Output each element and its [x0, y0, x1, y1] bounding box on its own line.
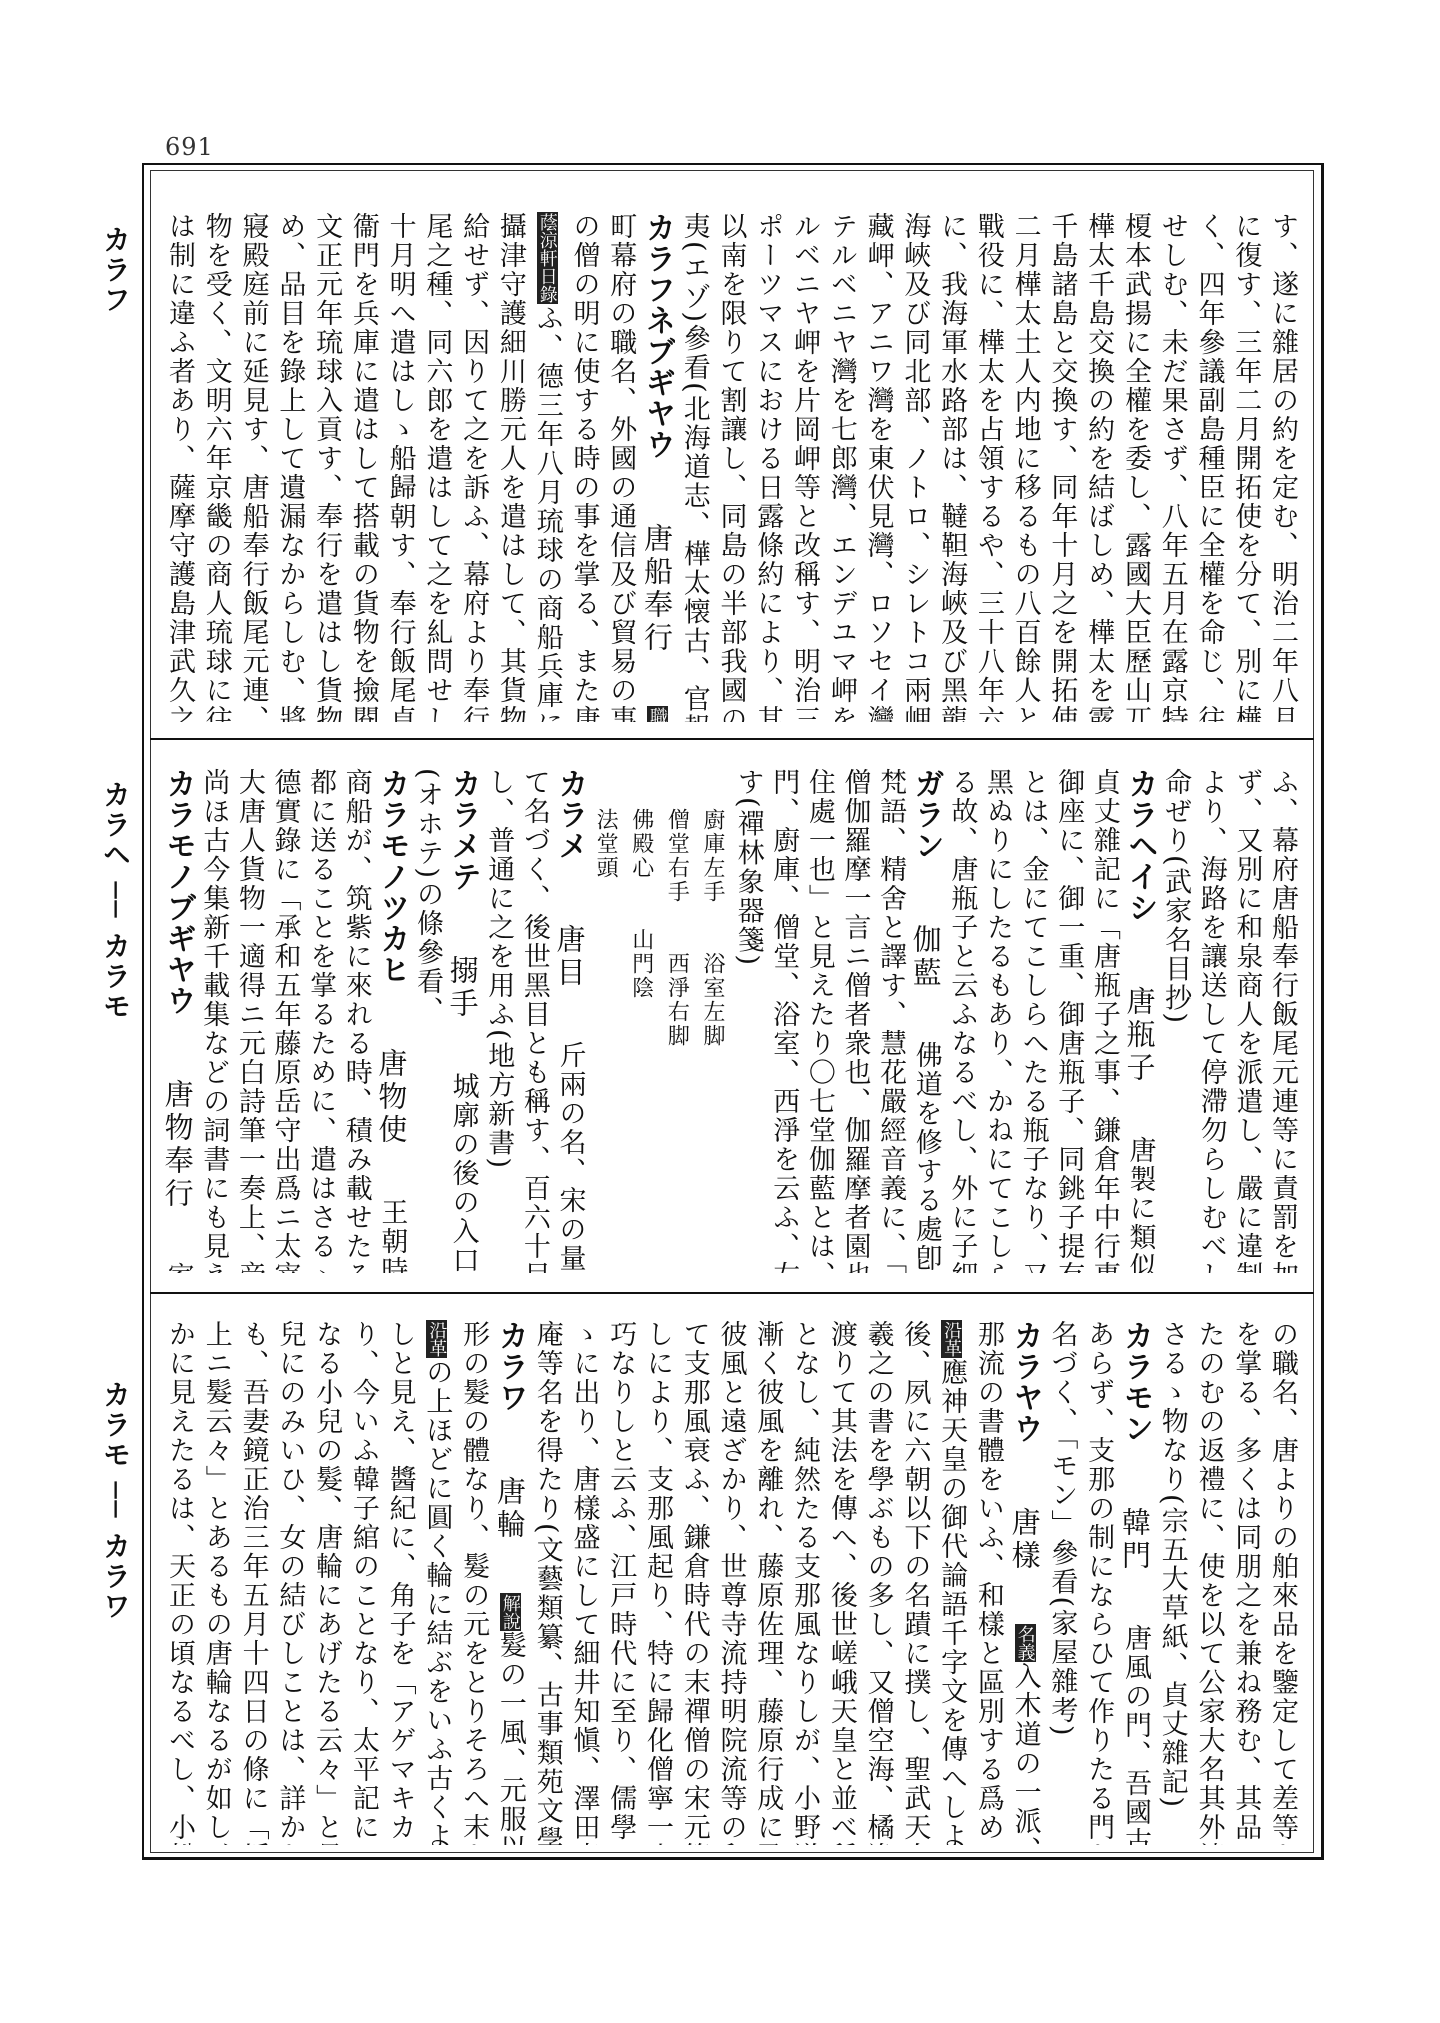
- body-text: 彼風と遠ざかり、世尊寺流持明院流等の和樣出來り: [716, 1320, 747, 1845]
- text-column: 衞門を兵庫に遣はして搭載の貨物を撿閱せしむ、又: [344, 212, 381, 722]
- text-column: 物を受く、文明六年京畿の商人琉球に往て互市す、或: [197, 212, 234, 722]
- body-text: て支那風衰ふ、鎌倉時代の末禪僧の宋元等に往來せ: [679, 1320, 710, 1845]
- body-text: 佛道を修する處卽ち寺を云ふ、: [911, 1041, 942, 1273]
- body-text: たのむの返禮に、使を以て公家大名其外諸家へ遣は: [1193, 1320, 1224, 1845]
- text-column: 法堂頭: [588, 768, 624, 1273]
- entry-headword-column: カラメテ 搦手 城廓の後の入口をいふ、大手: [445, 768, 481, 1273]
- body-text: に復す、三年二月開拓使を分て、別に樺太開拓使を置: [1230, 212, 1261, 722]
- column-container: の職名、唐よりの舶來品を鑒定して差等を定むる事を掌る、多くは同朋之を兼ね務む、其…: [160, 1320, 1300, 1845]
- headword: カラモン: [1118, 1320, 1153, 1444]
- body-text: 住處一也」と見えたり〇七堂伽藍とは、法堂、佛殿、山: [804, 768, 835, 1273]
- guide-word-middle: カラヘ ── カラモ: [100, 780, 130, 1021]
- section-top: す、遂に雜居の約を定む、明治二年八月樺太の舊稱に復す、三年二月開拓使を分て、別に…: [160, 212, 1300, 722]
- text-column: 渡りて其法を傳へ、後世嵯峨天皇と並べ稱して三筆: [822, 1320, 859, 1845]
- text-column: に、我海軍水路部は、韃靼海峽及び黑龍海灣を、間宮: [932, 212, 969, 722]
- body-text: ふ、德三年八月琉球の商船兵庫に來る、: [532, 304, 563, 722]
- body-text: しにより、支那風起り、特に歸化僧寧一山の如き尤も: [642, 1320, 673, 1845]
- body-text: 寢殿庭前に延見す、唐船奉行飯尾元連、同之種等其貢: [238, 212, 269, 722]
- headword: カラヤウ: [1008, 1320, 1043, 1444]
- headword-kanji: 唐瓶子: [1123, 953, 1157, 1118]
- text-column: (オホテ)の條參看、: [409, 768, 445, 1273]
- text-column: せしむ、未だ果さず、八年五月在露京特命全權公使: [1153, 212, 1190, 722]
- body-text: テルベニヤ灣を七郎灣、エンデユマ岬を對馬岬、テ: [826, 212, 857, 722]
- category-label-badge: 職名: [647, 706, 668, 722]
- body-text: の僧の明に使する時の事を掌る、また唐奉行ともい: [568, 212, 599, 722]
- entry-headword-column: カラヘイシ 唐瓶子 唐製に類似したる瓶子、: [1122, 768, 1158, 1273]
- text-column: 千島諸島と交換す、同年十月之を開拓使に合す、十: [1043, 212, 1080, 722]
- body-text: かに見えたるは、天正の頃なるべし、小松軍記に、陣: [164, 1320, 195, 1845]
- text-column: 文正元年琉球入貢す、奉行を遣はし貨物を點撿せし: [307, 212, 344, 722]
- text-column: ふ、幕府唐船奉行飯尾元連等に責罰を加ふる事を命: [1264, 768, 1300, 1273]
- text-column: 樺太千島交換の約を結ばしめ、樺太を露西亞に讓り、: [1079, 212, 1116, 722]
- text-column: 僧堂右手 西淨右脚: [659, 768, 695, 1273]
- body-text: 樺太千島交換の約を結ばしめ、樺太を露西亞に讓り、: [1083, 212, 1114, 722]
- text-column: 沿革應神天皇の御代論語千字文を傳へしより: [932, 1320, 969, 1845]
- body-text: となし、純然たる支那風なりしが、小野道風に至り、: [789, 1320, 820, 1845]
- text-column: たのむの返禮に、使を以て公家大名其外諸家へ遣は: [1190, 1320, 1227, 1845]
- category-label-badge: 沿革: [941, 1320, 962, 1358]
- category-label-badge: 蔭涼軒日錄: [537, 212, 558, 304]
- text-column: 那流の書體をいふ、和樣と區別する爲めに名づく: [969, 1320, 1006, 1845]
- body-text: し、普通に之を用ふ(地方新書): [483, 768, 514, 1170]
- body-text: 僧伽羅摩一言ニ僧者衆也、伽羅摩者園也、或云ニ衆所樂: [840, 768, 871, 1273]
- text-column: 蔭涼軒日錄ふ、德三年八月琉球の商船兵庫に來る、: [528, 212, 565, 722]
- body-text: 夷(エゾ)參看(北海道志、樺太懐古、官報): [679, 212, 710, 722]
- headword-kanji: 伽藍: [909, 891, 943, 1023]
- body-text: 二月樺太土人内地に移るもの八百餘人といふ、日露: [1010, 212, 1041, 722]
- entry-headword-column: カラモン 韓門 唐風の門、吾國古代の制に: [1116, 1320, 1153, 1845]
- headword: カラモノツカヒ: [374, 768, 409, 985]
- body-text: 上ニ髮云々」とあるもの唐輪なるが如し、然れど其明: [201, 1320, 232, 1845]
- text-column: も、吾妻鏡正治三年五月十四日の條に「坂額女如ニ童: [234, 1320, 271, 1845]
- text-column: さるゝ物なり(宗五大草紙、貞丈雜記): [1153, 1320, 1190, 1845]
- text-column: 以南を限りて割讓し、同島の半部我國の有に歸す、蝦: [712, 212, 749, 722]
- body-text: 唐製に類似したる瓶子、: [1125, 1136, 1156, 1273]
- entry-headword-column: カラモノツカヒ 唐物使 王朝時代支那の: [374, 768, 410, 1273]
- text-column: 尚ほ古今集新千載集などの詞書にも見えたり、: [196, 768, 232, 1273]
- body-text: 商船が、筑紫に來れる時、積み載せたる荷物を改め、: [341, 768, 372, 1273]
- body-text: 都に送ることを掌るために、遣はさるゝ人をいふ、文: [305, 768, 336, 1273]
- body-text: 文正元年琉球入貢す、奉行を遣はし貨物を點撿せし: [311, 212, 342, 722]
- text-column: 僧伽羅摩一言ニ僧者衆也、伽羅摩者園也、或云ニ衆所樂: [837, 768, 873, 1273]
- body-text: 黑ぬりにしたるもあり、かねにてこしらへ唐めきた: [982, 768, 1013, 1273]
- text-column: 榎本武揚に全權を委し、露國大臣歷山兀兒茶古布と: [1116, 212, 1153, 722]
- body-text: とは、金にてこしらへたる瓶子なり、又は木にて作り: [1018, 768, 1049, 1273]
- text-column: ゝに出り、唐樣盛にして細井知愼、澤田東江、市川米: [565, 1320, 602, 1845]
- headword-kanji: 唐樣: [1008, 1474, 1042, 1606]
- text-column: 十月明へ遣はしゝ船歸朝す、奉行飯尾貞元、同孫左: [381, 212, 418, 722]
- section-bottom: の職名、唐よりの舶來品を鑒定して差等を定むる事を掌る、多くは同朋之を兼ね務む、其…: [160, 1320, 1300, 1845]
- body-text: ず、又別に和泉商人を派遣し、嚴に違制を禁ずるに: [1231, 768, 1262, 1273]
- body-text: 命ぜり(武家名目抄): [1160, 768, 1191, 1025]
- body-text: 漸く彼風を離れ、藤原佐理、藤原行成に及びて、益々: [752, 1320, 783, 1845]
- body-text: り、今いふ韓子綰のことなり、太平記に「年十五六許: [348, 1320, 379, 1845]
- body-text: 千島諸島と交換す、同年十月之を開拓使に合す、十: [1046, 212, 1077, 722]
- text-column: 給せず、因りて之を訴ふ、幕府より奉行布施貞基、飯: [454, 212, 491, 722]
- body-text: 攝津守護細川勝元人を遣はして、其貨物を取り償を: [495, 212, 526, 722]
- body-text: 形の髮の體なり、髮の元をとりそろへ末を二分し、額: [458, 1320, 489, 1845]
- body-text: 梵語、精舍と譯す、慧花嚴經音義に、「僧伽藍具云ニ: [875, 768, 906, 1273]
- body-text: 應神天皇の御代論語千字文を傳へしより: [936, 1358, 967, 1845]
- body-text: 羲之の書を學ぶもの多し、又僧空海、橘逸勢は、唐に: [863, 1320, 894, 1845]
- body-text: 大唐人貨物一適得ニ元白詩筆一奏上、帝甚耽悅」と見え、: [234, 768, 265, 1273]
- column-container: ふ、幕府唐船奉行飯尾元連等に責罰を加ふる事を命ず、又別に和泉商人を派遣し、嚴に違…: [160, 768, 1300, 1273]
- text-column: 大唐人貨物一適得ニ元白詩筆一奏上、帝甚耽悅」と見え、: [231, 768, 267, 1273]
- text-column: 藏岬、アニワ灣を東伏見灣、ロソセイ灣を千歲灣、: [859, 212, 896, 722]
- section-divider: [150, 738, 1314, 740]
- headword: カラヘイシ: [1123, 768, 1158, 923]
- body-text: 室町幕府: [163, 1262, 194, 1273]
- body-text: 名づく、「モン」參看(家屋雜考): [1046, 1320, 1077, 1738]
- body-text: 佛殿心 山門陰: [629, 808, 654, 1000]
- text-column: め、品目を錄上して遺漏なからしむ、將軍琉球使を: [271, 212, 308, 722]
- entry-headword-column: ガラン 伽藍 佛道を修する處卽ち寺を云ふ、: [908, 768, 944, 1273]
- headword: カラメ: [553, 768, 588, 861]
- body-text: は制に違ふ者あり、薩摩守護島津武久之を幕府に訴: [164, 212, 195, 722]
- body-text: 兒にのみいひ、女の結びしことは、詳かならざれど: [274, 1320, 305, 1845]
- body-text: に、我海軍水路部は、韃靼海峽及び黑龍海灣を、間宮: [936, 212, 967, 722]
- headword: カラフネブギヤウ: [640, 212, 675, 460]
- text-column: る故、唐瓶子と云ふなるべし、外に子細なし」とあり、: [944, 768, 980, 1273]
- text-column: しにより、支那風起り、特に歸化僧寧一山の如き尤も: [638, 1320, 675, 1845]
- body-text: の職名、唐よりの舶來品を鑒定して差等を定むる事: [1267, 1320, 1298, 1845]
- text-column: なる小兒の髮、唐輪にあげたる云々」と見え、總て男: [307, 1320, 344, 1845]
- text-column: とは、金にてこしらへたる瓶子なり、又は木にて作り: [1015, 768, 1051, 1273]
- body-text: す(禪林象器箋): [733, 768, 764, 967]
- body-text: 渡りて其法を傳へ、後世嵯峨天皇と並べ稱して三筆: [826, 1320, 857, 1845]
- body-text: 唐風の門、吾國古代の制に: [1120, 1624, 1151, 1845]
- body-text: しと見え、醬紀に、角子を「アゲマキカラワ」と訓め: [385, 1320, 416, 1845]
- text-column: テルベニヤ灣を七郎灣、エンデユマ岬を對馬岬、テ: [822, 212, 859, 722]
- text-column: て名づく、後世黑目とも稱す、百六十目を一斤とな: [516, 768, 552, 1273]
- text-column: 形の髮の體なり、髮の元をとりそろへ末を二分し、額: [454, 1320, 491, 1845]
- text-column: 庵等名を得たり(文藝類纂、古事類苑文學部): [528, 1320, 565, 1845]
- body-text: なる小兒の髮、唐輪にあげたる云々」と見え、總て男: [311, 1320, 342, 1845]
- text-column: 彼風と遠ざかり、世尊寺流持明院流等の和樣出來り: [712, 1320, 749, 1845]
- text-column: 梵語、精舍と譯す、慧花嚴經音義に、「僧伽藍具云ニ: [873, 768, 909, 1273]
- headword-kanji: 唐物奉行: [161, 1046, 195, 1244]
- headword: カラメテ: [446, 768, 481, 892]
- text-column: 御座に、御一重、御唐瓶子、同銚子提有之云々、唐瓶子: [1051, 768, 1087, 1273]
- page-number: 691: [165, 133, 214, 161]
- body-text: 那流の書體をいふ、和樣と區別する爲めに名づく: [973, 1320, 1004, 1845]
- body-text: せしむ、未だ果さず、八年五月在露京特命全權公使: [1157, 212, 1188, 722]
- text-column: に復す、三年二月開拓使を分て、別に樺太開拓使を置: [1226, 212, 1263, 722]
- section-middle: ふ、幕府唐船奉行飯尾元連等に責罰を加ふる事を命ず、又別に和泉商人を派遣し、嚴に違…: [160, 768, 1300, 1273]
- text-column: ポーツマスにおける日露條約により、其北緯五十度: [749, 212, 786, 722]
- text-column: 町幕府の職名、外國の通信及び貿易の事、幷に五山: [601, 212, 638, 722]
- text-column: 命ぜり(武家名目抄): [1158, 768, 1194, 1273]
- body-text: 戰役に、樺太を占領するや、三十八年六月及び七月: [973, 212, 1004, 722]
- entry-headword-column: カラフネブギヤウ 唐船奉行 職名室: [638, 212, 675, 722]
- text-column: し、普通に之を用ふ(地方新書): [481, 768, 517, 1273]
- body-text: 斤兩の名、宋の量目に據るを以: [555, 1041, 586, 1273]
- text-column: 巧なりしと云ふ、江戸時代に至り、儒學の盛に行はる: [601, 1320, 638, 1845]
- body-text: 海峽及び同北部、ノトロ、シレトコ兩岬を近藤岬、重: [899, 212, 930, 722]
- body-text: 尾之種、同六郎を遣はして之を糺問せしむ、享德三年: [421, 212, 452, 722]
- column-container: す、遂に雜居の約を定む、明治二年八月樺太の舊稱に復す、三年二月開拓使を分て、別に…: [160, 212, 1300, 722]
- body-text: 後、夙に六朝以下の名蹟に撲し、聖武天皇の頃には王: [899, 1320, 930, 1845]
- body-text: を掌る、多くは同朋之を兼ね務む、其品は入朔の御: [1230, 1320, 1261, 1845]
- text-column: す(禪林象器箋): [730, 768, 766, 1273]
- text-column: 攝津守護細川勝元人を遣はして、其貨物を取り償を: [491, 212, 528, 722]
- text-column: り、今いふ韓子綰のことなり、太平記に「年十五六許: [344, 1320, 381, 1845]
- category-label-badge: 沿革: [426, 1320, 447, 1358]
- headword: カラモノブギヤウ: [161, 768, 196, 1016]
- text-column: 廚庫左手 浴室左脚: [694, 768, 730, 1273]
- headword: ガラン: [909, 768, 944, 861]
- text-column: 夷(エゾ)參看(北海道志、樺太懐古、官報): [675, 212, 712, 722]
- body-text: 以南を限りて割讓し、同島の半部我國の有に歸す、蝦: [716, 212, 747, 722]
- entry-headword-column: カラモノブギヤウ 唐物奉行 室町幕府: [160, 768, 196, 1273]
- body-text: め、品目を錄上して遺漏なからしむ、將軍琉球使を: [274, 212, 305, 722]
- text-column: く、四年參議副島種臣に全權を命じ、往て其事を決: [1190, 212, 1227, 722]
- text-column: 商船が、筑紫に來れる時、積み載せたる荷物を改め、: [338, 768, 374, 1273]
- body-text: 十月明へ遣はしゝ船歸朝す、奉行飯尾貞元、同孫左: [385, 212, 416, 722]
- body-text: 貞丈雜記に「唐瓶子之事、鎌倉年中行事云、正月朔日: [1089, 768, 1120, 1273]
- entry-headword-column: カラワ 唐輪 解說髮の一風、元服以前童: [491, 1320, 528, 1845]
- text-column: あらず、支那の制にならひて作りたる門なるを以て: [1079, 1320, 1116, 1845]
- text-column: 貞丈雜記に「唐瓶子之事、鎌倉年中行事云、正月朔日: [1086, 768, 1122, 1273]
- body-text: 髮の一風、元服以前童: [495, 1631, 526, 1845]
- body-text: 衞門を兵庫に遣はして搭載の貨物を撿閱せしむ、又: [348, 212, 379, 722]
- body-text: ルベニヤ岬を片岡岬等と改稱す、明治三十八年十月: [789, 212, 820, 722]
- text-column: しと見え、醬紀に、角子を「アゲマキカラワ」と訓め: [381, 1320, 418, 1845]
- body-text: 巧なりしと云ふ、江戸時代に至り、儒學の盛に行はる: [605, 1320, 636, 1845]
- body-text: 法堂頭: [593, 808, 618, 880]
- text-column: 羲之の書を學ぶもの多し、又僧空海、橘逸勢は、唐に: [859, 1320, 896, 1845]
- body-text: さるゝ物なり(宗五大草紙、貞丈雜記): [1157, 1320, 1188, 1809]
- text-column: の職名、唐よりの舶來品を鑒定して差等を定むる事: [1263, 1320, 1300, 1845]
- body-text: 給せず、因りて之を訴ふ、幕府より奉行布施貞基、飯: [458, 212, 489, 722]
- headword-kanji: 唐目: [553, 891, 587, 1023]
- text-column: 都に送ることを掌るために、遣はさるゝ人をいふ、文: [303, 768, 339, 1273]
- text-column: となし、純然たる支那風なりしが、小野道風に至り、: [785, 1320, 822, 1845]
- body-text: 門、廚庫、僧堂、浴室、西淨を云ふ、左の如き配置を爲: [768, 768, 799, 1273]
- body-text: 德實錄に「承和五年藤原岳守出爲ニ太宰少貳一因撿ニ校: [270, 768, 301, 1273]
- body-text: て名づく、後世黑目とも稱す、百六十目を一斤とな: [519, 768, 550, 1273]
- text-column: 門、廚庫、僧堂、浴室、西淨を云ふ、左の如き配置を爲: [766, 768, 802, 1273]
- body-text: 町幕府の職名、外國の通信及び貿易の事、幷に五山: [605, 212, 636, 722]
- text-column: 二月樺太土人内地に移るもの八百餘人といふ、日露: [1006, 212, 1043, 722]
- text-column: ルベニヤ岬を片岡岬等と改稱す、明治三十八年十月: [785, 212, 822, 722]
- text-column: 寢殿庭前に延見す、唐船奉行飯尾元連、同之種等其貢: [234, 212, 271, 722]
- body-text: の上ほどに圓く輪に結ぶをいふ古くよりあり: [421, 1358, 452, 1845]
- text-column: す、遂に雜居の約を定む、明治二年八月樺太の舊稱: [1263, 212, 1300, 722]
- body-text: す、遂に雜居の約を定む、明治二年八月樺太の舊稱: [1267, 212, 1298, 722]
- text-column: より、海路を讓送して停滯勿らしむべしと島津氏に: [1193, 768, 1229, 1273]
- body-text: 廚庫左手 浴室左脚: [700, 808, 725, 1048]
- text-column: て支那風衰ふ、鎌倉時代の末禪僧の宋元等に往來せ: [675, 1320, 712, 1845]
- body-text: る故、唐瓶子と云ふなるべし、外に子細なし」とあり、: [946, 768, 977, 1273]
- text-column: 黑ぬりにしたるもあり、かねにてこしらへ唐めきた: [979, 768, 1015, 1273]
- text-column: 佛殿心 山門陰: [623, 768, 659, 1273]
- body-text: ゝに出り、唐樣盛にして細井知愼、澤田東江、市川米: [568, 1320, 599, 1845]
- body-text: ふ、幕府唐船奉行飯尾元連等に責罰を加ふる事を命: [1267, 768, 1298, 1273]
- headword: カラワ: [493, 1320, 528, 1413]
- body-text: より、海路を讓送して停滯勿らしむべしと島津氏に: [1196, 768, 1227, 1273]
- text-column: 海峽及び同北部、ノトロ、シレトコ兩岬を近藤岬、重: [896, 212, 933, 722]
- text-column: 上ニ髮云々」とあるもの唐輪なるが如し、然れど其明: [197, 1320, 234, 1845]
- text-column: 沿革の上ほどに圓く輪に結ぶをいふ古くよりあり: [418, 1320, 455, 1845]
- text-column: 尾之種、同六郎を遣はして之を糺問せしむ、享德三年: [418, 212, 455, 722]
- category-label-badge: 名義: [1015, 1624, 1036, 1662]
- body-text: (オホテ)の條參看、: [412, 768, 443, 1025]
- headword-kanji: 唐物使: [374, 1015, 408, 1180]
- text-column: の僧の明に使する時の事を掌る、また唐奉行ともい: [565, 212, 602, 722]
- body-text: 御座に、御一重、御唐瓶子、同銚子提有之云々、唐瓶子: [1053, 768, 1084, 1273]
- body-text: く、四年參議副島種臣に全權を命じ、往て其事を決: [1193, 212, 1224, 722]
- headword-kanji: 韓門: [1118, 1474, 1152, 1606]
- text-column: 名づく、「モン」參看(家屋雜考): [1043, 1320, 1080, 1845]
- entry-headword-column: カラメ 唐目 斤兩の名、宋の量目に據るを以: [552, 768, 588, 1273]
- body-text: 入木道の一派、支: [1010, 1662, 1041, 1845]
- text-column: 德實錄に「承和五年藤原岳守出爲ニ太宰少貳一因撿ニ校: [267, 768, 303, 1273]
- entry-headword-column: カラヤウ 唐樣 名義入木道の一派、支: [1006, 1320, 1043, 1845]
- text-column: 漸く彼風を離れ、藤原佐理、藤原行成に及びて、益々: [749, 1320, 786, 1845]
- text-column: 戰役に、樺太を占領するや、三十八年六月及び七月: [969, 212, 1006, 722]
- text-column: は制に違ふ者あり、薩摩守護島津武久之を幕府に訴: [160, 212, 197, 722]
- body-text: 庵等名を得たり(文藝類纂、古事類苑文學部): [532, 1320, 563, 1845]
- category-label-badge: 解說: [500, 1593, 521, 1631]
- body-text: ポーツマスにおける日露條約により、其北緯五十度: [752, 212, 783, 722]
- guide-word-bottom: カラモ ── カラワ: [100, 1380, 130, 1621]
- body-text: 城廓の後の入口をいふ、大手: [448, 1072, 479, 1273]
- body-text: 尚ほ古今集新千載集などの詞書にも見えたり、: [198, 768, 229, 1273]
- guide-word-top: カラフ: [100, 225, 130, 315]
- text-column: 住處一也」と見えたり〇七堂伽藍とは、法堂、佛殿、山: [801, 768, 837, 1273]
- text-column: 兒にのみいひ、女の結びしことは、詳かならざれど: [271, 1320, 308, 1845]
- body-text: あらず、支那の制にならひて作りたる門なるを以て: [1083, 1320, 1114, 1845]
- text-column: かに見えたるは、天正の頃なるべし、小松軍記に、陣: [160, 1320, 197, 1845]
- body-text: 榎本武揚に全權を委し、露國大臣歷山兀兒茶古布と: [1120, 212, 1151, 722]
- body-text: 僧堂右手 西淨右脚: [664, 808, 689, 1048]
- headword-kanji: 唐輪: [493, 1443, 527, 1575]
- section-divider: [150, 1292, 1314, 1294]
- text-column: を掌る、多くは同朋之を兼ね務む、其品は入朔の御: [1226, 1320, 1263, 1845]
- headword-kanji: 搦手: [446, 922, 480, 1054]
- text-column: 後、夙に六朝以下の名蹟に撲し、聖武天皇の頃には王: [896, 1320, 933, 1845]
- body-text: も、吾妻鏡正治三年五月十四日の條に「坂額女如ニ童: [238, 1320, 269, 1845]
- body-text: 物を受く、文明六年京畿の商人琉球に往て互市す、或: [201, 212, 232, 722]
- body-text: 藏岬、アニワ灣を東伏見灣、ロソセイ灣を千歲灣、: [863, 212, 894, 722]
- text-column: ず、又別に和泉商人を派遣し、嚴に違制を禁ずるに: [1229, 768, 1265, 1273]
- body-text: 王朝時代支那の: [376, 1198, 407, 1273]
- headword-kanji: 唐船奉行: [640, 490, 674, 688]
